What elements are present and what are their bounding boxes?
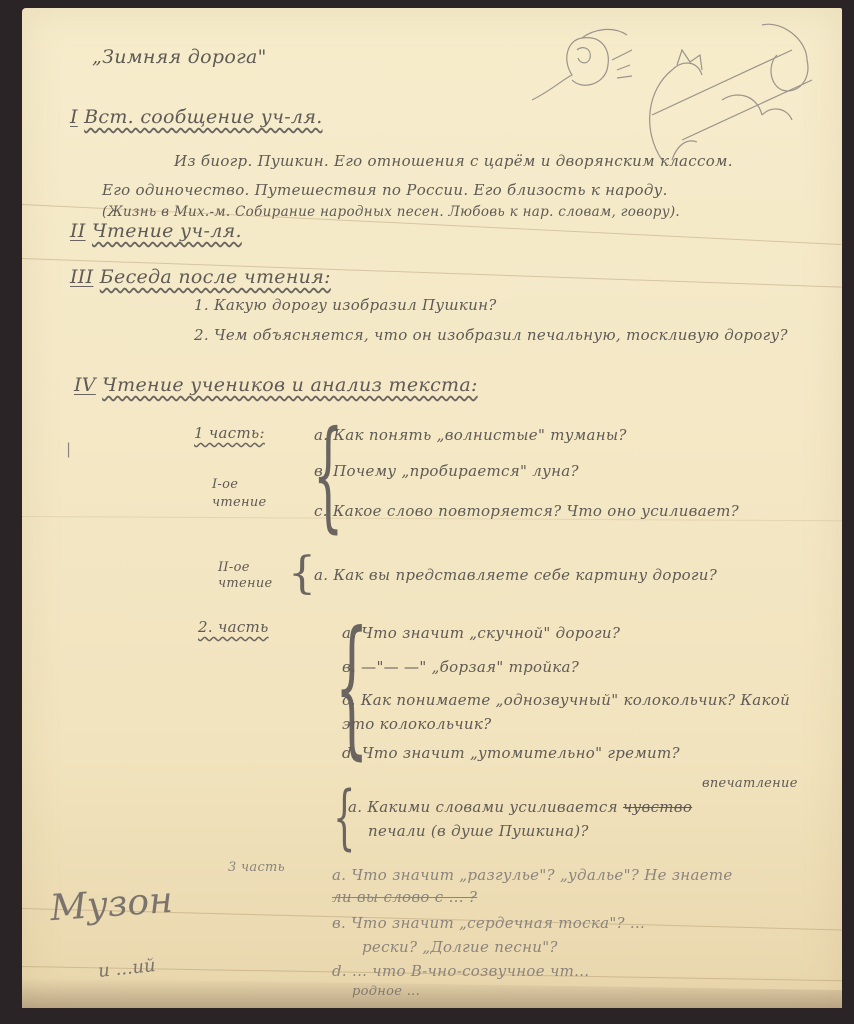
section-3-numeral: III — [70, 266, 93, 288]
part-1-question-c: с. Какое слово повторяется? Что оно усил… — [314, 498, 814, 524]
section-3-title: Беседа после чтения: — [100, 266, 331, 288]
section-1-line-3: (Жизнь в Мих.-м. Собирание народных песе… — [102, 204, 680, 220]
part-2-correction-struck: чувство — [623, 798, 692, 816]
section-4-numeral: IV — [74, 374, 96, 396]
part-3-line-1: а. Что значит „разгулье"? „удалье"? Не з… — [332, 866, 733, 884]
margin-signature-line-1: Музон — [49, 880, 174, 929]
part-3-line-4: рески? „Долгие песни"? — [362, 938, 558, 956]
part-2-label: 2. часть — [198, 618, 269, 636]
part-1-reading-2-label: II-ое чтение — [218, 560, 268, 592]
margin-signature-line-2: и ...ий — [97, 955, 157, 982]
document-title: „Зимняя дорога" — [92, 46, 267, 68]
section-1-line-1: Из биогр. Пушкин. Его отношения с царём … — [174, 152, 733, 170]
part-2-question-b: в. —"— —" „борзая" тройка? — [342, 658, 579, 676]
part-2-extra-brace: { — [333, 782, 355, 852]
part-2-extra-question-b: печали (в душе Пушкина)? — [368, 822, 589, 840]
section-2-numeral: II — [70, 220, 86, 242]
part-2-question-a: а. Что значит „скучной" дороги? — [342, 624, 620, 642]
section-3-question-1: 1. Какую дорогу изобразил Пушкин? — [194, 296, 497, 314]
paper-sheet: „Зимняя дорога" I Вст. сообщение уч-ля. … — [22, 8, 842, 1008]
part-2-extra-question-a: а. Какими словами усиливается чувство — [348, 798, 692, 816]
part-2-question-c: с. Как понимаете „однозвучный" колокольч… — [342, 688, 812, 736]
section-1-line-2: Его одиночество. Путешествия по России. … — [102, 181, 668, 199]
part-1-reading-2-question-a: а. Как вы представляете себе картину дор… — [314, 566, 717, 584]
section-1-heading: I Вст. сообщение уч-ля. — [70, 106, 323, 128]
part-1-reading-2-brace: { — [288, 552, 316, 596]
part-3-line-5: d. ... что В-чно-созвучное чт... — [332, 962, 589, 980]
margin-mark: | — [66, 440, 71, 458]
section-4-title: Чтение учеников и анализ текста: — [102, 374, 477, 396]
section-3-question-2: 2. Чем объясняется, что он изобразил печ… — [194, 326, 788, 344]
part-3-line-2: ли вы слово с ... ? — [332, 888, 477, 906]
part-3-line-6: родное ... — [352, 984, 420, 999]
part-2-correction-inserted: впечатление — [702, 776, 798, 791]
part-1-question-b: в. Почему „пробирается" луна? — [314, 462, 579, 480]
section-2-title: Чтение уч-ля. — [92, 220, 242, 242]
part-3-label: 3 часть — [228, 860, 285, 875]
pencil-sketch-icon — [522, 20, 832, 170]
section-3-heading: III Беседа после чтения: — [70, 266, 331, 288]
part-1-reading-1-label: I-ое чтение — [212, 476, 262, 512]
part-2-extra-question-a-text: а. Какими словами усиливается — [348, 798, 618, 816]
section-1-title: Вст. сообщение уч-ля. — [84, 106, 322, 128]
section-2-heading: II Чтение уч-ля. — [70, 220, 242, 242]
part-3-line-3: в. Что значит „сердечная тоска"? ... — [332, 914, 645, 932]
section-4-heading: IV Чтение учеников и анализ текста: — [74, 374, 478, 396]
part-1-label: 1 часть: — [194, 424, 265, 442]
part-2-question-d: d. Что значит „утомительно" гремит? — [342, 744, 680, 762]
part-1-question-a: а. Как понять „волнистые" туманы? — [314, 426, 627, 444]
section-1-numeral: I — [70, 106, 78, 128]
